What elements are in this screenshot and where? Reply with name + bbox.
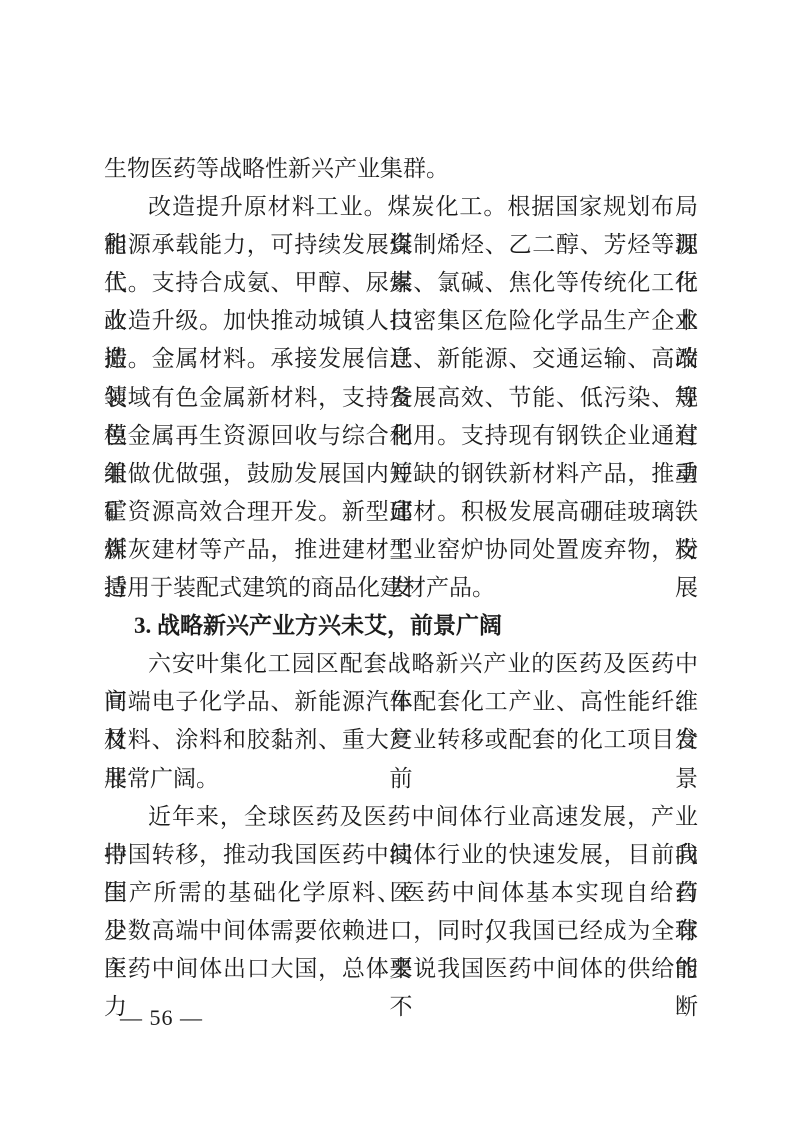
text-line: 少数高端中间体需要依赖进口，同时，我国已经成为全球主要的 — [104, 912, 698, 950]
text-line: 领域有色金属新材料，支持发展高效、节能、低污染、规模化有 — [104, 379, 698, 417]
document-page: 生物医药等战略性新兴产业集群。 改造提升原材料工业。煤炭化工。根据国家规划布局和… — [0, 0, 794, 1122]
text-line: 组做优做强，鼓励发展国内短缺的钢铁新材料产品，推动霍邱铁 — [104, 455, 698, 493]
text-line: 矿资源高效合理开发。新型建材。积极发展高硼硅玻璃、新型粉 — [104, 493, 698, 531]
body-text: 生物医药等战略性新兴产业集群。 改造提升原材料工业。煤炭化工。根据国家规划布局和… — [104, 150, 698, 988]
text-line: 生物医药等战略性新兴产业集群。 — [104, 150, 698, 188]
text-line: 医药中间体出口大国，总体来说我国医药中间体的供给能力不断 — [104, 950, 698, 988]
text-line: 高端电子化学品、新能源汽车配套化工产业、高性能纤维及复合 — [104, 683, 698, 721]
text-line: 材料、涂料和胶黏剂、重大产业转移或配套的化工项目发展前景 — [104, 721, 698, 759]
text-line: 工。支持合成氨、甲醇、尿素、氯碱、焦化等传统化工行业技术 — [104, 264, 698, 302]
text-line: 造。金属材料。承接发展信息、新能源、交通运输、高端装备等 — [104, 340, 698, 378]
section-heading: 3. 战略新兴产业方兴未艾，前景广阔 — [104, 607, 698, 645]
text-line: 色金属再生资源回收与综合利用。支持现有钢铁企业通过兼并重 — [104, 417, 698, 455]
text-line: 改造提升原材料工业。煤炭化工。根据国家规划布局和资源 — [104, 188, 698, 226]
text-line: 改造升级。加快推动城镇人口密集区危险化学品生产企业搬迁改 — [104, 302, 698, 340]
page-number: — 56 — — [120, 1002, 203, 1034]
text-line: 近年来，全球医药及医药中间体行业高速发展，产业持续向 — [104, 798, 698, 836]
text-line: 六安叶集化工园区配套战略新兴产业的医药及医药中间体、 — [104, 645, 698, 683]
text-line: 能源承载能力，可持续发展煤制烯烃、乙二醇、芳烃等现代煤化 — [104, 226, 698, 264]
text-line: 中国转移，推动我国医药中间体行业的快速发展，目前我国医药 — [104, 836, 698, 874]
text-line: 煤灰建材等产品，推进建材工业窑炉协同处置废弃物，支持发展 — [104, 531, 698, 569]
text-line: 生产所需的基础化学原料、医药中间体基本实现自给自足，仅有 — [104, 874, 698, 912]
